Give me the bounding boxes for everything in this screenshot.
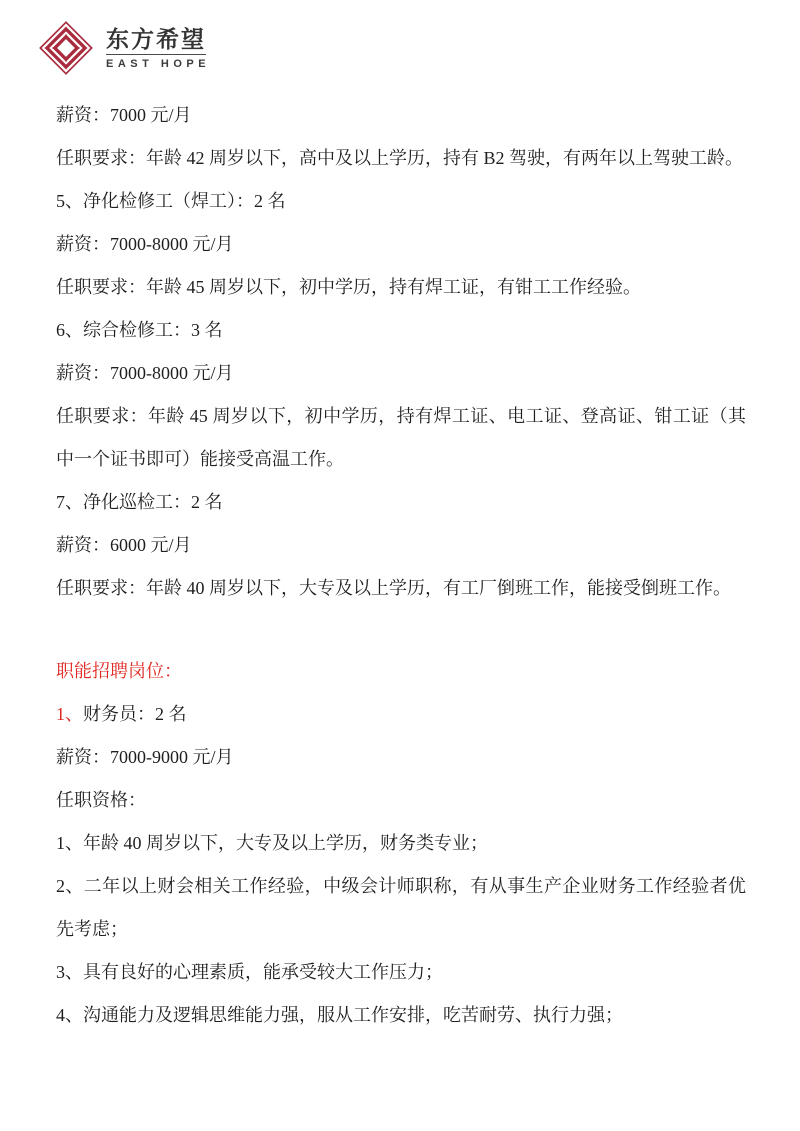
functional-position-1-salary: 薪资：7000-9000 元/月 — [56, 736, 746, 779]
qualification-3: 3、具有良好的心理素质，能承受较大工作压力； — [56, 951, 746, 994]
qualification-2: 2、二年以上财会相关工作经验，中级会计师职称，有从事生产企业财务工作经验者优先考… — [56, 865, 746, 951]
text-run: 6、综合检修工：3 名 — [56, 320, 223, 340]
functional-positions-heading: 职能招聘岗位： — [56, 650, 746, 693]
qualifications-heading: 任职资格： — [56, 779, 746, 822]
text-run: 7、净化巡检工：2 名 — [56, 492, 223, 512]
text-run: 薪资：7000-8000 元/月 — [56, 363, 234, 383]
position-7-requirements: 任职要求：年龄 40 周岁以下，大专及以上学历，有工厂倒班工作，能接受倒班工作。 — [56, 567, 746, 610]
text-run: 3、具有良好的心理素质，能承受较大工作压力； — [56, 962, 443, 982]
text-run: 任职要求：年龄 45 周岁以下，初中学历，持有焊工证，有钳工工作经验。 — [56, 277, 641, 297]
position-6-salary: 薪资：7000-8000 元/月 — [56, 352, 746, 395]
text-run: 薪资：7000-8000 元/月 — [56, 234, 234, 254]
position-7-title: 7、净化巡检工：2 名 — [56, 481, 746, 524]
brand-logo: 东方希望 EAST HOPE — [38, 20, 210, 76]
document-body: 薪资：7000 元/月任职要求：年龄 42 周岁以下，高中及以上学历，持有 B2… — [56, 94, 746, 1037]
brand-name-en: EAST HOPE — [106, 58, 210, 70]
position-6-requirements: 任职要求：年龄 45 周岁以下，初中学历，持有焊工证、电工证、登高证、钳工证（其… — [56, 395, 746, 481]
text-run: 5、净化检修工（焊工）：2 名 — [56, 191, 286, 211]
qualification-4: 4、沟通能力及逻辑思维能力强，服从工作安排，吃苦耐劳、执行力强； — [56, 994, 746, 1037]
text-run: 任职要求：年龄 45 周岁以下，初中学历，持有焊工证、电工证、登高证、钳工证（其… — [56, 406, 746, 469]
text-run: 任职要求：年龄 42 周岁以下，高中及以上学历，持有 B2 驾驶，有两年以上驾驶… — [56, 148, 743, 168]
position-5-title: 5、净化检修工（焊工）：2 名 — [56, 180, 746, 223]
qualification-1: 1、年龄 40 周岁以下，大专及以上学历，财务类专业； — [56, 822, 746, 865]
text-run: 4、沟通能力及逻辑思维能力强，服从工作安排，吃苦耐劳、执行力强； — [56, 1005, 623, 1025]
red-text-run: 1、 — [56, 704, 83, 724]
text-run: 财务员：2 名 — [83, 704, 187, 724]
text-run: 任职要求：年龄 40 周岁以下，大专及以上学历，有工厂倒班工作，能接受倒班工作。 — [56, 578, 731, 598]
position-4-salary: 薪资：7000 元/月 — [56, 94, 746, 137]
red-text-run: 职能招聘岗位： — [56, 661, 182, 681]
text-run: 薪资：6000 元/月 — [56, 535, 192, 555]
position-5-requirements: 任职要求：年龄 45 周岁以下，初中学历，持有焊工证，有钳工工作经验。 — [56, 266, 746, 309]
text-run: 薪资：7000 元/月 — [56, 105, 192, 125]
position-5-salary: 薪资：7000-8000 元/月 — [56, 223, 746, 266]
position-7-salary: 薪资：6000 元/月 — [56, 524, 746, 567]
east-hope-logo-icon — [38, 20, 94, 76]
brand-text: 东方希望 EAST HOPE — [106, 26, 210, 70]
functional-position-1-title: 1、财务员：2 名 — [56, 693, 746, 736]
text-run: 薪资：7000-9000 元/月 — [56, 747, 234, 767]
document-page: 东方希望 EAST HOPE 薪资：7000 元/月任职要求：年龄 42 周岁以… — [0, 0, 800, 1131]
position-6-title: 6、综合检修工：3 名 — [56, 309, 746, 352]
text-run: 1、年龄 40 周岁以下，大专及以上学历，财务类专业； — [56, 833, 488, 853]
text-run: 任职资格： — [56, 790, 146, 810]
brand-name-zh: 东方希望 — [106, 26, 206, 55]
position-4-requirements: 任职要求：年龄 42 周岁以下，高中及以上学历，持有 B2 驾驶，有两年以上驾驶… — [56, 137, 746, 180]
text-run: 2、二年以上财会相关工作经验，中级会计师职称，有从事生产企业财务工作经验者优先考… — [56, 876, 746, 939]
